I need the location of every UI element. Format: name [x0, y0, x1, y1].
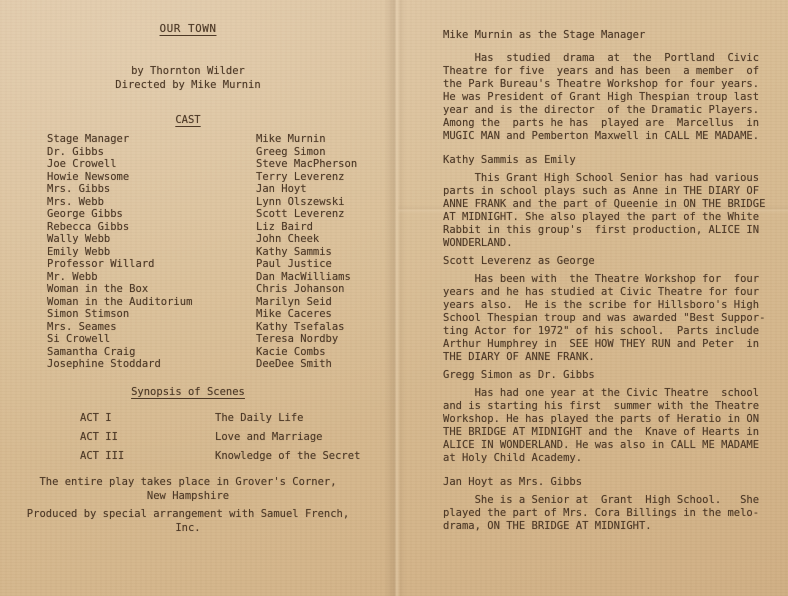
cast-row: Samantha Craig Kacie Combs [47, 346, 377, 359]
cast-role: Stage Manager [47, 133, 256, 146]
cast-actor: Steve MacPherson [256, 158, 357, 171]
cast-row: Rebecca Gibbs Liz Baird [47, 221, 377, 234]
cast-role: George Gibbs [47, 208, 256, 221]
cast-row: Mrs. Webb Lynn Olszewski [47, 196, 377, 209]
bio-body: Has studied drama at the Portland Civic … [443, 52, 788, 143]
cast-role: Professor Willard [47, 258, 256, 271]
bio-body: This Grant High School Senior has had va… [443, 172, 788, 250]
cast-role: Mr. Webb [47, 271, 256, 284]
cast-row: Woman in the Auditorium Marilyn Seid [47, 296, 377, 309]
cast-actor: John Cheek [256, 233, 319, 246]
acts-list: ACT I The Daily Life ACT II Love and Mar… [80, 409, 380, 466]
act-scene: The Daily Life [215, 409, 304, 428]
cast-actor: Terry Leverenz [256, 171, 345, 184]
page-right: Mike Murnin as the Stage Manager Has stu… [443, 0, 788, 596]
cast-row: Wally Webb John Cheek [47, 233, 377, 246]
cast-role: Joe Crowell [47, 158, 256, 171]
bio-heading: Mike Murnin as the Stage Manager [443, 29, 788, 42]
cast-role: Woman in the Auditorium [47, 296, 256, 309]
cast-actor: Mike Caceres [256, 308, 332, 321]
cast-role: Woman in the Box [47, 283, 256, 296]
setting-line-2: New Hampshire [0, 490, 376, 504]
byline-author: by Thornton Wilder [0, 64, 376, 78]
cast-actor: Dan MacWilliams [256, 271, 351, 284]
cast-row: Dr. Gibbs Greeg Simon [47, 146, 377, 159]
act-number: ACT III [80, 447, 215, 466]
setting-line-1: The entire play takes place in Grover's … [0, 476, 376, 490]
cast-row: Mrs. Gibbs Jan Hoyt [47, 183, 377, 196]
cast-actor: Scott Leverenz [256, 208, 345, 221]
cast-row: George Gibbs Scott Leverenz [47, 208, 377, 221]
bio-heading: Kathy Sammis as Emily [443, 154, 788, 167]
setting-note: The entire play takes place in Grover's … [0, 476, 376, 503]
cast-actor: DeeDee Smith [256, 358, 332, 371]
cast-role: Simon Stimson [47, 308, 256, 321]
cast-row: Si Crowell Teresa Nordby [47, 333, 377, 346]
cast-role: Howie Newsome [47, 171, 256, 184]
bio-body: She is a Senior at Grant High School. Sh… [443, 494, 788, 533]
cast-actor: Mike Murnin [256, 133, 326, 146]
cast-heading: CAST [0, 114, 376, 127]
cast-actor: Lynn Olszewski [256, 196, 345, 209]
cast-row: Emily Webb Kathy Sammis [47, 246, 377, 259]
bio-heading: Scott Leverenz as George [443, 255, 788, 268]
cast-role: Si Crowell [47, 333, 256, 346]
cast-actor: Kacie Combs [256, 346, 326, 359]
producer-note: Produced by special arrangement with Sam… [0, 508, 376, 535]
act-row: ACT III Knowledge of the Secret [80, 447, 380, 466]
bio-section: Scott Leverenz as George Has been with t… [443, 255, 788, 364]
cast-row: Professor Willard Paul Justice [47, 258, 377, 271]
cast-role: Dr. Gibbs [47, 146, 256, 159]
bio-section: Kathy Sammis as Emily This Grant High Sc… [443, 154, 788, 250]
bio-heading: Gregg Simon as Dr. Gibbs [443, 369, 788, 382]
cast-actor: Liz Baird [256, 221, 313, 234]
cast-role: Emily Webb [47, 246, 256, 259]
cast-row: Stage Manager Mike Murnin [47, 133, 377, 146]
bio-body: Has had one year at the Civic Theatre sc… [443, 387, 788, 465]
cast-list: Stage Manager Mike Murnin Dr. Gibbs Gree… [47, 133, 377, 371]
cast-actor: Teresa Nordby [256, 333, 338, 346]
program-scan: OUR TOWN by Thornton Wilder Directed by … [0, 0, 788, 596]
cast-row: Mr. Webb Dan MacWilliams [47, 271, 377, 284]
producer-line-1: Produced by special arrangement with Sam… [0, 508, 376, 522]
play-title: OUR TOWN [0, 22, 376, 35]
cast-actor: Paul Justice [256, 258, 332, 271]
byline: by Thornton Wilder Directed by Mike Murn… [0, 64, 376, 92]
bio-heading: Jan Hoyt as Mrs. Gibbs [443, 476, 788, 489]
cast-row: Woman in the Box Chris Johanson [47, 283, 377, 296]
act-row: ACT I The Daily Life [80, 409, 380, 428]
synopsis-heading: Synopsis of Scenes [0, 386, 376, 399]
cast-row: Josephine Stoddard DeeDee Smith [47, 358, 377, 371]
cast-actor: Greeg Simon [256, 146, 326, 159]
cast-role: Samantha Craig [47, 346, 256, 359]
cast-actor: Kathy Sammis [256, 246, 332, 259]
cast-role: Josephine Stoddard [47, 358, 256, 371]
bio-section: Gregg Simon as Dr. Gibbs Has had one yea… [443, 369, 788, 465]
bio-section: Mike Murnin as the Stage Manager Has stu… [443, 29, 788, 143]
bio-body: Has been with the Theatre Workshop for f… [443, 273, 788, 364]
cast-row: Mrs. Seames Kathy Tsefalas [47, 321, 377, 334]
cast-row: Howie Newsome Terry Leverenz [47, 171, 377, 184]
cast-role: Wally Webb [47, 233, 256, 246]
byline-director: Directed by Mike Murnin [0, 78, 376, 92]
cast-row: Simon Stimson Mike Caceres [47, 308, 377, 321]
cast-actor: Marilyn Seid [256, 296, 332, 309]
bio-section: Jan Hoyt as Mrs. Gibbs She is a Senior a… [443, 476, 788, 533]
cast-actor: Chris Johanson [256, 283, 345, 296]
producer-line-2: Inc. [0, 522, 376, 536]
act-scene: Knowledge of the Secret [215, 447, 360, 466]
cast-role: Mrs. Webb [47, 196, 256, 209]
act-number: ACT II [80, 428, 215, 447]
cast-role: Rebecca Gibbs [47, 221, 256, 234]
act-number: ACT I [80, 409, 215, 428]
cast-actor: Jan Hoyt [256, 183, 307, 196]
cast-actor: Kathy Tsefalas [256, 321, 345, 334]
act-scene: Love and Marriage [215, 428, 322, 447]
cast-role: Mrs. Gibbs [47, 183, 256, 196]
cast-role: Mrs. Seames [47, 321, 256, 334]
act-row: ACT II Love and Marriage [80, 428, 380, 447]
cast-row: Joe Crowell Steve MacPherson [47, 158, 377, 171]
page-left: OUR TOWN by Thornton Wilder Directed by … [0, 0, 395, 596]
